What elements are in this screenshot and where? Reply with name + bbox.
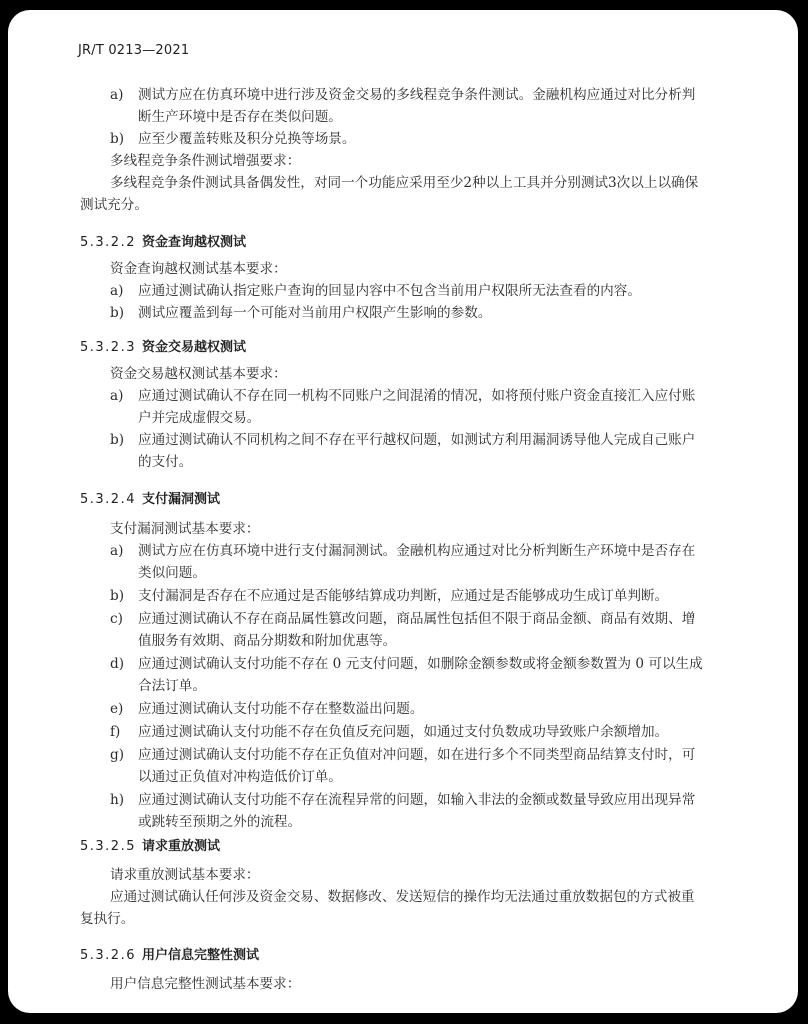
list-label: b) [110,586,124,606]
section-intro: 请求重放测试基本要求： [110,865,260,885]
list-item-text: 应通过测试确认支付功能不存在 0 元支付问题，如删除金额参数或将金额参数置为 0… [138,654,703,674]
list-label: f) [110,722,120,742]
list-label: c) [110,609,123,629]
list-item-text: 应通过测试确认支付功能不存在整数溢出问题。 [138,699,423,719]
list-item-text: 测试方应在仿真环境中进行涉及资金交易的多线程竞争条件测试。金融机构应通过对比分析… [138,85,695,105]
list-item-text: 类似问题。 [138,563,206,583]
paragraph-title: 多线程竞争条件测试增强要求： [110,151,300,171]
list-label: a) [110,281,123,301]
list-item-text: 断生产环境中是否存在类似问题。 [138,107,342,127]
list-item-text: 应至少覆盖转账及积分兑换等场景。 [138,129,356,149]
section-heading: 5.3.2.5请求重放测试 [80,835,220,854]
list-label: b) [110,430,124,450]
list-item-text: 支付漏洞是否存在不应通过是否能够结算成功判断，应通过是否能够成功生成订单判断。 [138,586,668,606]
section-intro: 支付漏洞测试基本要求： [110,519,260,539]
list-item-text: 测试方应在仿真环境中进行支付漏洞测试。金融机构应通过对比分析判断生产环境中是否存… [138,541,695,561]
list-label: d) [110,654,124,674]
section-heading: 5.3.2.3资金交易越权测试 [80,336,246,355]
list-item-text: 合法订单。 [138,676,206,696]
list-item-text: 应通过测试确认不同机构之间不存在平行越权问题，如测试方利用漏洞诱导他人完成自己账… [138,430,695,450]
standard-id-header: JR/T 0213—2021 [78,43,189,58]
list-item-text: 应通过测试确认不存在同一机构不同账户之间混淆的情况，如将预付账户资金直接汇入应付… [138,386,695,406]
section-intro: 资金交易越权测试基本要求： [110,364,287,384]
list-item-text: 应通过测试确认不存在商品属性篡改问题，商品属性包括但不限于商品金额、商品有效期、… [138,609,695,629]
list-item-text: 以通过正负值对冲构造低价订单。 [138,767,342,787]
list-label: g) [110,745,124,765]
list-label: e) [110,699,123,719]
list-label: a) [110,541,123,561]
paragraph-text: 多线程竞争条件测试具备偶发性，对同一个功能应采用至少2种以上工具并分别测试3次以… [110,173,698,193]
list-label: b) [110,129,124,149]
list-item-text: 的支付。 [138,452,192,472]
section-heading: 5.3.2.6用户信息完整性测试 [80,944,259,963]
list-item-text: 应通过测试确认指定账户查询的回显内容中不包含当前用户权限所无法查看的内容。 [138,281,641,301]
paragraph-text: 应通过测试确认任何涉及资金交易、数据修改、发送短信的操作均无法通过重放数据包的方… [110,887,695,907]
list-item-text: 应通过测试确认支付功能不存在负值反充问题，如通过支付负数成功导致账户余额增加。 [138,722,668,742]
list-label: h) [110,790,124,810]
document-page: JR/T 0213—2021 a) 测试方应在仿真环境中进行涉及资金交易的多线程… [8,10,798,1013]
paragraph-text: 测试充分。 [80,195,148,215]
list-item-text: 户并完成虚假交易。 [138,408,260,428]
section-intro: 用户信息完整性测试基本要求： [110,974,300,994]
list-label: a) [110,85,123,105]
list-item-text: 应通过测试确认支付功能不存在流程异常的问题，如输入非法的金额或数量导致应用出现异… [138,790,695,810]
list-label: b) [110,303,124,323]
list-label: a) [110,386,123,406]
list-item-text: 测试应覆盖到每一个可能对当前用户权限产生影响的参数。 [138,303,491,323]
paragraph-text: 复执行。 [80,909,134,929]
section-heading: 5.3.2.4支付漏洞测试 [80,488,220,507]
section-heading: 5.3.2.2资金查询越权测试 [80,231,246,250]
list-item-text: 或跳转至预期之外的流程。 [138,812,301,832]
section-intro: 资金查询越权测试基本要求： [110,259,287,279]
list-item-text: 值服务有效期、商品分期数和附加优惠等。 [138,631,396,651]
list-item-text: 应通过测试确认支付功能不存在正负值对冲问题，如在进行多个不同类型商品结算支付时，… [138,745,695,765]
